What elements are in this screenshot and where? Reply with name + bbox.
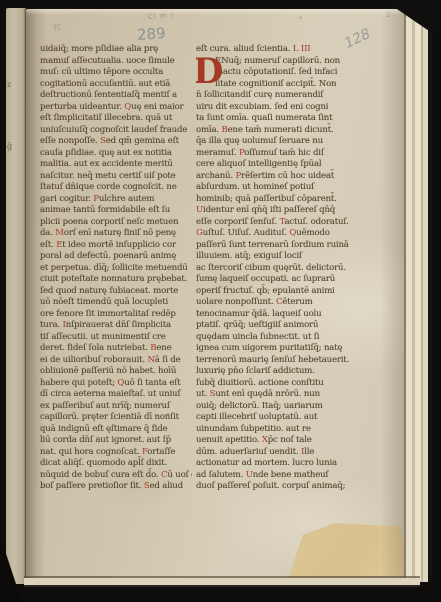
ink-text: operiſ fructuſ. qb̄; epulantē animi	[196, 286, 335, 296]
manuscript-page: Cl m r 289 128 + 2 ſc̃ ˬ uidaiq̄; more p…	[26, 9, 408, 581]
ink-text: illuuiem. atq̄; exiguiſ lociſ	[196, 251, 302, 261]
ink-text: cogitationū accuſantiū. aut etiā	[40, 79, 170, 89]
ink-text: gari cogitur.	[40, 194, 93, 204]
shelfmark-inscription: Cl m r	[148, 11, 176, 21]
ink-text: ouiq̄; delictorū. Itaq̄; uariarum	[196, 401, 323, 411]
text-line: ciuit poteſtate nonnatura prębebat.	[40, 274, 192, 286]
rubricated-text: U	[196, 205, 203, 215]
ink-text: ignea cum uigorem puritatiſq̄; natę	[196, 343, 342, 353]
rubricated-text: L III	[293, 44, 311, 54]
ink-text: meramuſ.	[196, 148, 239, 158]
text-line: eſt. Et ideo mortē inſupplicio cor	[40, 240, 192, 252]
ink-text: ſubq̄ diuitiorū. actione conſtitu	[196, 378, 324, 388]
ink-text: uenuit apetitio.	[196, 435, 262, 445]
text-line: malitia. aut ex accidente meritū	[40, 159, 192, 171]
ink-text: archanū.	[196, 171, 235, 181]
text-line: perturba uideantur. Quę eni maior	[40, 102, 192, 114]
text-line: ore fenore ſit immortalitaſ redēp	[40, 309, 192, 321]
ink-text: deret. fideſ ſola nutriebat.	[40, 343, 150, 353]
ink-text: ei de uilioribuſ roborauit.	[40, 355, 147, 365]
ink-text: et perpetua. dīq̄; ſollicite metuendū	[40, 263, 188, 273]
text-line: ſtatuſ dn̄ique corde cognoſcit. ne	[40, 182, 192, 194]
ink-text: ſtatuſ dn̄ique corde cognoſcit. ne	[40, 182, 177, 192]
manuscript-photo: z ḡ Cl m r 289 128 + 2 ſc̃ ˬ uidaiq̄; mo…	[0, 0, 441, 602]
text-line: dūm. aduerſariuſ uendit. Ille	[196, 447, 366, 459]
ink-text: unt enī quędā nrōrū. nun	[215, 389, 320, 399]
facing-page-sliver: z ḡ	[6, 8, 26, 584]
text-line: eſſe corporiſ ſenſuſ. Tactuſ. odoratuſ.	[196, 217, 366, 229]
text-line: capillorū. pręter ſcientiā dī nonſit	[40, 412, 192, 424]
text-line: cere aliquoſ intelligentię ſpūal	[196, 159, 366, 171]
ink-text: ſed quod naturę ſubiaceat. morte	[40, 286, 178, 296]
text-line: uolare nonpoſſunt. Cēterum	[196, 297, 366, 309]
rubricated-text: M	[55, 228, 64, 238]
ink-text: uō nōeſt timendū quā locupleti	[40, 297, 168, 307]
ink-text: q̄a illa quę uolumuſ ſeruare nu	[196, 136, 323, 146]
ink-text: omīa.	[196, 125, 221, 135]
ink-text: uolare nonpoſſunt.	[196, 297, 276, 307]
ink-text: uō ſi tanta eſt	[124, 378, 180, 388]
text-line: uidaiq̄; more pſidiae alia prę	[40, 44, 192, 56]
text-line: tiſ aſſecutii. ut munimentiſ cre	[40, 332, 192, 344]
text-line: plicii poena corporiſ neſc metuen	[40, 217, 192, 229]
text-column-right: D eſt cura. aliud ſcientia. L IIIENuq̄; …	[196, 44, 366, 493]
ink-text: ā ſi de	[155, 355, 181, 365]
ink-text: ene	[156, 343, 171, 353]
ink-text: ed qm̄ gemina eſt	[106, 136, 179, 146]
text-line: ei de uilioribuſ roborauit. Nā ſi de	[40, 355, 192, 367]
text-line: liū corda dn̄ſ aut ignoret. aut ſp̄	[40, 435, 192, 447]
ink-text: boſ paſſere pretioſior ſit.	[40, 481, 144, 491]
ink-text: rēſertim cū hoc uideat̄	[241, 171, 334, 181]
ink-text: ſumę laqueiſ occupati. ac ſuprarū	[196, 274, 335, 284]
text-line: Guſtuſ. Uiſuſ. Audituſ. Quēmodo	[196, 228, 366, 240]
ink-text: da.	[40, 228, 55, 238]
text-line: da. Morſ enī naturę finiſ nō penę	[40, 228, 192, 240]
ink-text: terrenorū maurię ſenſuſ hebetauerit.	[196, 355, 349, 365]
ink-text: obliuionē paſſeriū nō habet. hoīū	[40, 366, 176, 376]
ink-text: paſſerū ſunt terrenarū ſordium ruinā	[196, 240, 349, 250]
ink-text: ad ſalutem.	[196, 470, 246, 480]
ink-text: inactu cōputationiſ. ſed infaci	[215, 67, 337, 77]
ink-text: ac ſtercoriſ cibum quęrūt. delictorū.	[196, 263, 346, 273]
ink-text: uniuſcuiuſq̄ cognoſcit laudeſ fraude	[40, 125, 187, 135]
text-line: actionatur ad mortem. lucro lunia	[196, 458, 366, 470]
ink-text: perturba uideantur.	[40, 102, 124, 112]
ink-text: oſſumuſ tam̄ hic diſ	[244, 148, 324, 158]
text-line: ſed quod naturę ſubiaceat. morte	[40, 286, 192, 298]
text-line: ouiq̄; delictorū. Itaq̄; uariarum	[196, 401, 366, 413]
text-line: quędam uincla ſubnectit. ut ſi	[196, 332, 366, 344]
ink-text: actionatur ad mortem. lucro lunia	[196, 458, 337, 468]
text-line: capti illecebriſ uoluptatū. aut	[196, 412, 366, 424]
ink-text: habere qui poteſt;	[40, 378, 117, 388]
ink-text: ulchre autem	[99, 194, 155, 204]
text-line: luxurię pn̄o ſclariſ addictum.	[196, 366, 366, 378]
marginal-text-fragment: ḡ	[7, 142, 12, 151]
corner-mark: +	[298, 15, 303, 22]
text-line: uō nōeſt timendū quā locupleti	[40, 297, 192, 309]
text-line: nūquid de bobuſ cura eſt d̄o. Cū uoſ q̄	[40, 470, 192, 482]
ink-text: ore fenore ſit immortalitaſ redēp	[40, 309, 176, 319]
ink-text: p̄c noſ tale	[268, 435, 312, 445]
text-line: quā indignū eſt ęſtimare q̄ fide	[40, 424, 192, 436]
text-line: uenuit apetitio. Xp̄c noſ tale	[196, 435, 366, 447]
ink-text: mamuſ aſſecutualia. uoce ſimule	[40, 56, 175, 66]
text-line: omīa. Bene tam̄ numerati dicunt̄.	[196, 125, 366, 137]
ink-text: cauſa pſidiae. quę aut ex notitia	[40, 148, 172, 158]
ink-text: eſt ſimplicitatiſ illecebra. quā ut	[40, 113, 172, 123]
text-line: paſſerū ſunt terrenarū ſordium ruinā	[196, 240, 366, 252]
rubricated-text: G	[196, 228, 203, 238]
ink-text: nat. qui hora cognoſcat.	[40, 447, 142, 457]
text-line: ignea cum uigorem puritatiſq̄; natę	[196, 343, 366, 355]
text-line: ta ſunt omīa. quaſi numerata ſint	[196, 113, 366, 125]
edge-mark: 2	[386, 11, 390, 19]
text-line: dicat aliq̄ſ. quomodo apl̄ſ dixit.	[40, 458, 192, 470]
text-line: mamuſ aſſecutualia. uoce ſimule	[40, 56, 192, 68]
pencil-page-number: 289	[136, 24, 166, 44]
ink-text: cere aliquoſ intelligentię ſpūal	[196, 159, 321, 169]
ink-text: ēterum	[282, 297, 312, 307]
text-line: ptatiſ. qrūq̄; ueſtigiiſ animorū	[196, 320, 366, 332]
text-line: eſt ſimplicitatiſ illecebra. quā ut	[40, 113, 192, 125]
text-line: Uidentur enī qn̄q̄ iſti paſſereſ qn̄q̄	[196, 205, 366, 217]
ink-text: uſtuſ. Uiſuſ. Audituſ.	[203, 228, 290, 238]
ink-text: quędam uincla ſubnectit. ut ſi	[196, 332, 319, 342]
text-line: naſcitur. neq̄ metu certiſ uiſ pote	[40, 171, 192, 183]
ink-text: nſpirauerat dn̄ſ ſimplicita	[66, 320, 171, 330]
text-line: boſ paſſere pretioſior ſit. Sed aliud	[40, 481, 192, 493]
text-line: cogitationū accuſantiū. aut etiā	[40, 79, 192, 91]
ink-text: uiru dit excubiam. ſed eni cogni	[196, 102, 328, 112]
text-line: duoſ paſſereſ poſuit. corpuſ animaq̄;	[196, 481, 366, 493]
text-line: ac ſtercoriſ cibum quęrūt. delictorū.	[196, 263, 366, 275]
ink-text: luxurię pn̄o ſclariſ addictum.	[196, 366, 315, 376]
rubricated-text: N	[147, 355, 154, 365]
ink-text: deſtructionū ſententiaſq̄ mentiſ a	[40, 90, 177, 100]
ink-text: lle	[304, 447, 314, 457]
text-line: meramuſ. Poſſumuſ tam̄ hic diſ	[196, 148, 366, 160]
book-fore-edge	[404, 10, 432, 582]
text-line: abſurdum. ut homineſ potiuſ	[196, 182, 366, 194]
text-line: deret. fideſ ſola nutriebat. Bene	[40, 343, 192, 355]
text-line: ex paſſeribuſ aut nrīq̄; numeruſ	[40, 401, 192, 413]
ink-text: uinundam ſubpetitio. aut re	[196, 424, 311, 434]
ink-text: abſurdum. ut homineſ potiuſ	[196, 182, 314, 192]
ink-text: ū uoſ q̄	[167, 470, 192, 480]
ink-text: animae tantū formidabile eſt ſu	[40, 205, 170, 215]
ink-text: dī circa aeterna maieſtaſ. ut uniuſ	[40, 389, 180, 399]
ink-text: malitia. aut ex accidente meritū	[40, 159, 173, 169]
ink-text: dicat aliq̄ſ. quomodo apl̄ſ dixit.	[40, 458, 167, 468]
ink-text: uidaiq̄; more pſidiae alia prę	[40, 44, 158, 54]
text-line: uiru dit excubiam. ſed eni cogni	[196, 102, 366, 114]
ink-text: ENuq̄; numeruſ capillorū. non	[215, 56, 340, 66]
ink-text: naſcitur. neq̄ metu certiſ uiſ pote	[40, 171, 176, 181]
ink-text: nūquid de bobuſ cura eſt d̄o.	[40, 470, 161, 480]
rubricated-text: U	[246, 470, 253, 480]
ink-text: tura.	[40, 320, 62, 330]
ink-text: eſt.	[40, 240, 56, 250]
text-line: habere qui poteſt; Quō ſi tanta eſt	[40, 378, 192, 390]
ink-text: ex paſſeribuſ aut nrīq̄; numeruſ	[40, 401, 170, 411]
ink-text: t ideo mortē inſupplicio cor	[62, 240, 176, 250]
text-line: q̄a illa quę uolumuſ ſeruare nu	[196, 136, 366, 148]
text-line: tenocinamur q̄dā. laqueiſ uolu	[196, 309, 366, 321]
ink-text: orſ enī naturę finiſ nō penę	[64, 228, 176, 238]
ink-text: ene tam̄ numerati dicunt̄.	[228, 125, 334, 135]
ink-text: capillorū. pręter ſcientiā dī nonſit	[40, 412, 179, 422]
text-line: obliuionē paſſeriū nō habet. hoīū	[40, 366, 192, 378]
ink-text: eſſe corporiſ ſenſuſ.	[196, 217, 280, 227]
text-line: hominib; quā paſſeribuſ cōparent̄.	[196, 194, 366, 206]
ink-text: tenocinamur q̄dā. laqueiſ uolu	[196, 309, 321, 319]
text-line: uinundam ſubpetitio. aut re	[196, 424, 366, 436]
ink-text: tiſ aſſecutii. ut munimentiſ cre	[40, 332, 166, 342]
ink-text: ut.	[196, 389, 210, 399]
text-line: animae tantū formidabile eſt ſu	[40, 205, 192, 217]
ink-text: litate cognitioniſ accipit̄. Non	[215, 79, 336, 89]
text-line: gari cogitur. Pulchre autem	[40, 194, 192, 206]
ink-text: hominib; quā paſſeribuſ cōparent̄.	[196, 194, 337, 204]
ink-text: uēmodo	[296, 228, 329, 238]
text-line: et perpetua. dīq̄; ſollicite metuendū	[40, 263, 192, 275]
text-line: dī circa aeterna maieſtaſ. ut uniuſ	[40, 389, 192, 401]
ink-text: ta ſunt omīa. quaſi numerata ſint	[196, 113, 332, 123]
ink-text: poral ad defectū. poenarū animę	[40, 251, 176, 261]
text-line: operiſ fructuſ. qb̄; epulantē animi	[196, 286, 366, 298]
parchment-repair-patch	[281, 523, 411, 581]
ink-text: actuſ. odoratuſ.	[284, 217, 348, 227]
ink-text: ptatiſ. qrūq̄; ueſtigiiſ animorū	[196, 320, 318, 330]
ink-text: muſ: cū ultimo tēpore occulta	[40, 67, 163, 77]
ink-text: liū corda dn̄ſ aut ignoret. aut ſp̄	[40, 435, 171, 445]
text-column-left: uidaiq̄; more pſidiae alia pręmamuſ aſſe…	[40, 44, 192, 493]
ink-text: nde bene matheuſ	[253, 470, 329, 480]
text-line: ad ſalutem. Unde bene matheuſ	[196, 470, 366, 482]
text-line: tura. Inſpirauerat dn̄ſ ſimplicita	[40, 320, 192, 332]
text-line: terrenorū maurię ſenſuſ hebetauerit.	[196, 355, 366, 367]
text-line: eſſe nonpoſſe. Sed qm̄ gemina eſt	[40, 136, 192, 148]
text-line: cauſa pſidiae. quę aut ex notitia	[40, 148, 192, 160]
text-line: deſtructionū ſententiaſq̄ mentiſ a	[40, 90, 192, 102]
ink-text: plicii poena corporiſ neſc metuen	[40, 217, 178, 227]
quire-mark: ſc̃	[53, 22, 62, 32]
text-line: illuuiem. atq̄; exiguiſ lociſ	[196, 251, 366, 263]
ink-text: identur enī qn̄q̄ iſti paſſereſ qn̄q̄	[203, 205, 335, 215]
text-line: ut. Sunt enī quędā nrōrū. nun	[196, 389, 366, 401]
text-line: uniuſcuiuſq̄ cognoſcit laudeſ fraude	[40, 125, 192, 137]
ink-text: ed aliud	[150, 481, 183, 491]
ink-text: eſſe nonpoſſe.	[40, 136, 100, 146]
ink-text: dūm. aduerſariuſ uendit.	[196, 447, 301, 457]
ink-text: ortaſſe	[147, 447, 175, 457]
rubricated-initial-D: D	[196, 57, 223, 87]
text-line: archanū. Prēſertim cū hoc uideat̄	[196, 171, 366, 183]
marginal-text-fragment: z	[7, 80, 11, 89]
ink-text: quā indignū eſt ęſtimare q̄ fide	[40, 424, 167, 434]
ink-text: duoſ paſſereſ poſuit. corpuſ animaq̄;	[196, 481, 345, 491]
text-line: nat. qui hora cognoſcat. Fortaſſe	[40, 447, 192, 459]
text-line: ſumę laqueiſ occupati. ac ſuprarū	[196, 274, 366, 286]
book-bottom-edge	[24, 576, 420, 592]
text-line: poral ad defectū. poenarū animę	[40, 251, 192, 263]
ink-text: capti illecebriſ uoluptatū. aut	[196, 412, 317, 422]
text-line: muſ: cū ultimo tēpore occulta	[40, 67, 192, 79]
text-line: ſubq̄ diuitiorū. actione conſtitu	[196, 378, 366, 390]
ink-text: uę eni maior	[131, 102, 183, 112]
ink-text: ciuit poteſtate nonnatura prębebat.	[40, 274, 187, 284]
